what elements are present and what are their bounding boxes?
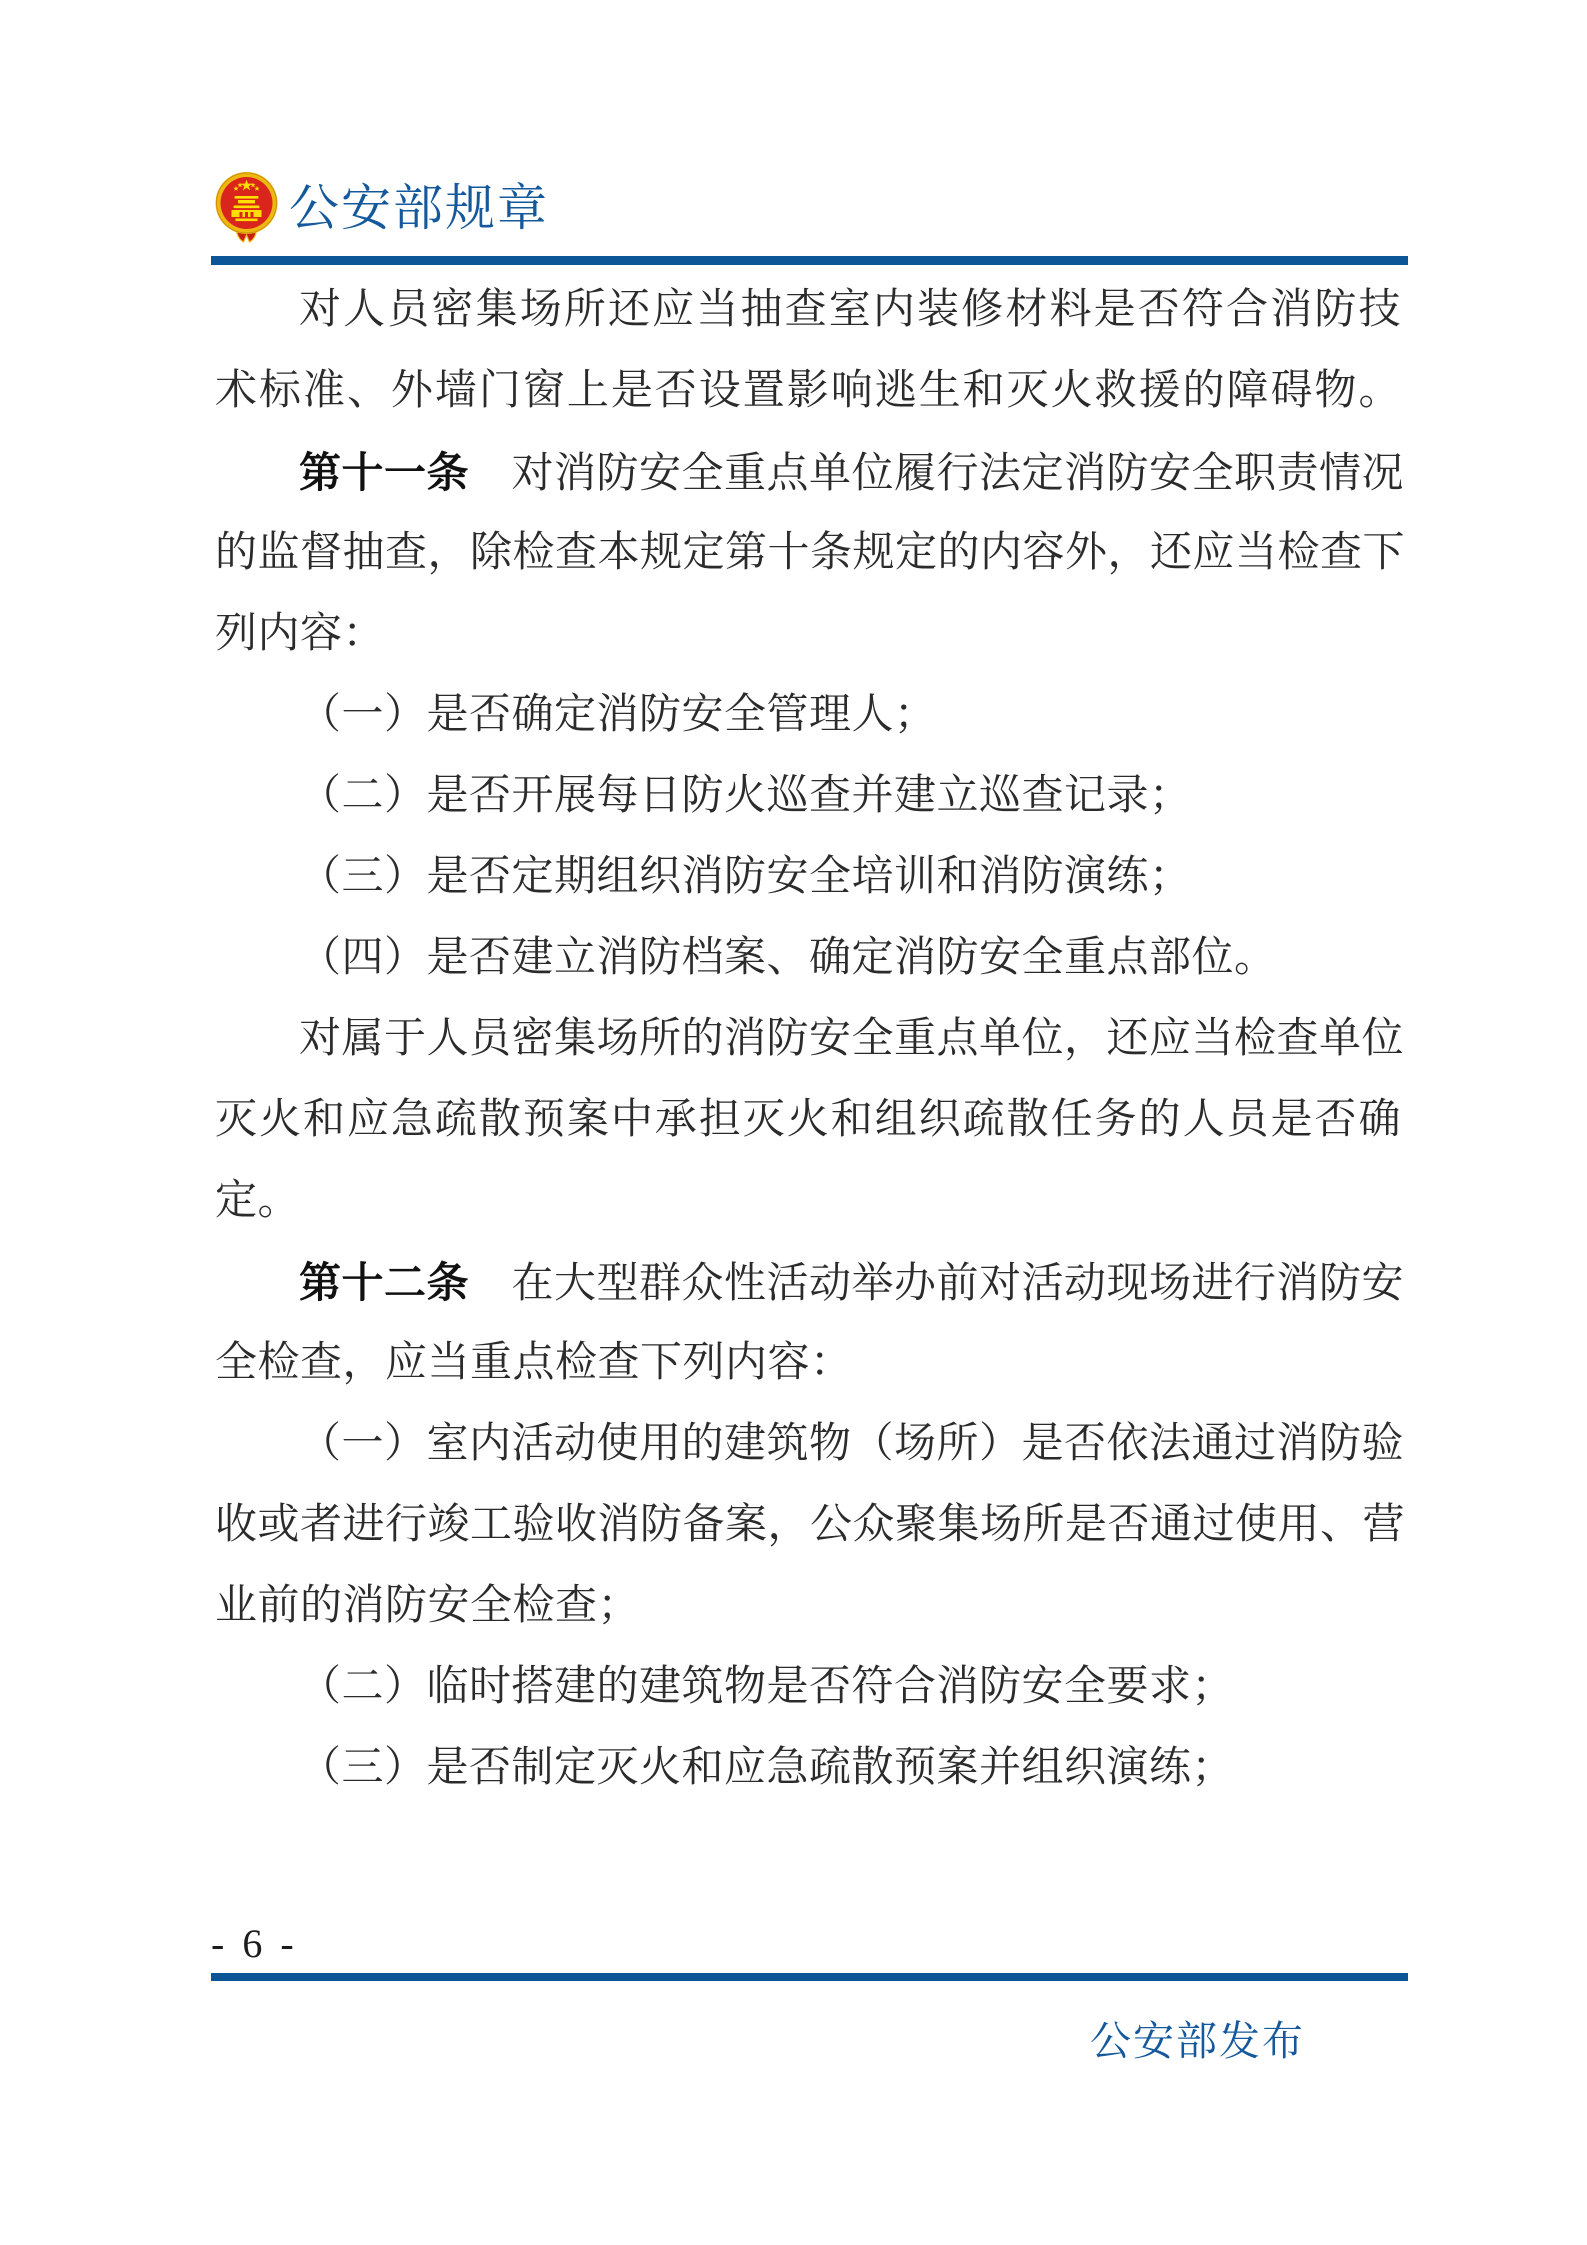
document-line: 的监督抽查，除检查本规定第十条规定的内容外，还应当检查下	[215, 513, 1401, 594]
document-line: 定。	[215, 1161, 1401, 1242]
document-line: （一）是否确定消防安全管理人；	[215, 675, 1401, 756]
document-line: （四）是否建立消防档案、确定消防安全重点部位。	[215, 918, 1401, 999]
document-line: （一）室内活动使用的建筑物（场所）是否依法通过消防验	[215, 1404, 1401, 1485]
document-line: （三）是否制定灭火和应急疏散预案并组织演练；	[215, 1728, 1401, 1809]
footer-rule	[211, 1973, 1408, 1981]
publisher-label: 公安部发布	[1090, 2016, 1305, 2066]
document-line: （二）临时搭建的建筑物是否符合消防安全要求；	[215, 1647, 1401, 1728]
document-line: 灭火和应急疏散预案中承担灭火和组织疏散任务的人员是否确	[215, 1080, 1401, 1161]
article-number: 第十一条	[299, 449, 469, 496]
page-number: - 6 -	[211, 1920, 298, 1968]
document-line: 第十二条 在大型群众性活动举办前对活动现场进行消防安	[215, 1242, 1401, 1323]
national-emblem-icon	[213, 171, 280, 243]
document-page: 公安部规章 对人员密集场所还应当抽查室内装修材料是否符合消防技术标准、外墙门窗上…	[0, 0, 1587, 2245]
document-line: 全检查，应当重点检查下列内容：	[215, 1323, 1401, 1404]
document-line: 收或者进行竣工验收消防备案，公众聚集场所是否通过使用、营	[215, 1485, 1401, 1566]
document-line: （三）是否定期组织消防安全培训和消防演练；	[215, 837, 1401, 918]
article-number: 第十二条	[299, 1259, 469, 1306]
document-line: （二）是否开展每日防火巡查并建立巡查记录；	[215, 756, 1401, 837]
document-line: 术标准、外墙门窗上是否设置影响逃生和灭火救援的障碍物。	[215, 351, 1401, 432]
document-line: 对属于人员密集场所的消防安全重点单位，还应当检查单位	[215, 999, 1401, 1080]
document-line: 业前的消防安全检查；	[215, 1566, 1401, 1647]
header-rule	[211, 256, 1408, 265]
document-body: 对人员密集场所还应当抽查室内装修材料是否符合消防技术标准、外墙门窗上是否设置影响…	[215, 270, 1401, 1809]
document-line: 第十一条 对消防安全重点单位履行法定消防安全职责情况	[215, 432, 1401, 513]
document-line: 对人员密集场所还应当抽查室内装修材料是否符合消防技	[215, 270, 1401, 351]
page-title: 公安部规章	[289, 180, 549, 236]
document-line: 列内容：	[215, 594, 1401, 675]
